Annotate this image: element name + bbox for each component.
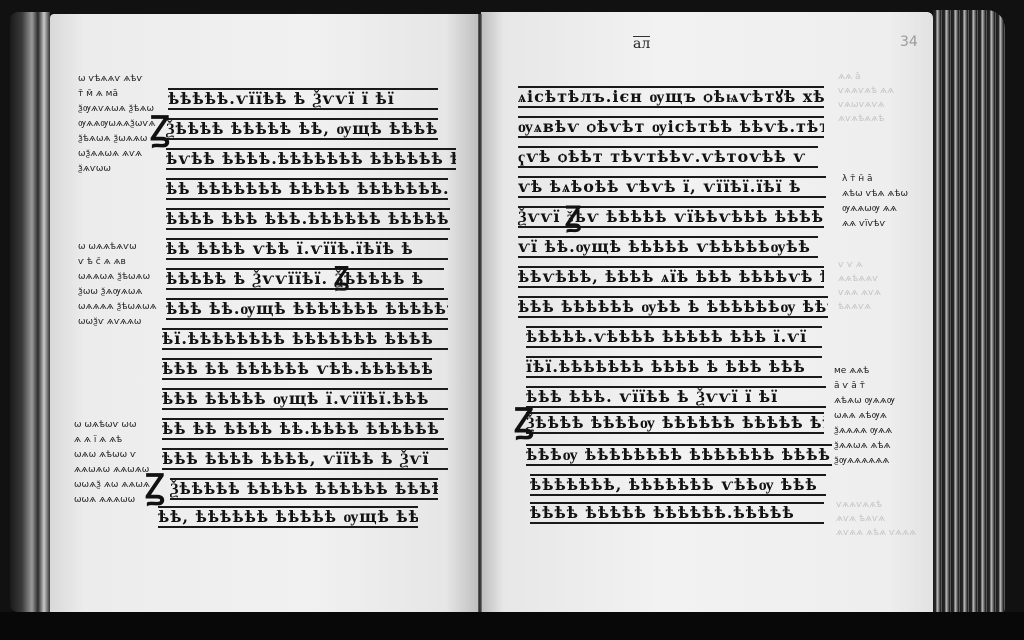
text-line: ѵї ѣѣ.ѹщѣ ѣѣѣѣѣ ѵѣѣѣѣѣѹѣѣ xyxy=(518,236,818,258)
margin-note: ѡ ѵѣѧѧѵ ѧѣѵ т̄ м̄ ѧ мā ѯѹѧѵѧѡѧ ѯѣѧѡ ѹѧѧѹ… xyxy=(78,72,155,177)
text-line: ҁѵѣ ѻѣѣт тѣѵтѣѣѵ.ѵѣтоѵѣѣ ѵ xyxy=(518,146,818,168)
text-line: ѣѣ ѣѣ ѣѣѣѣ ѣѣ.ѣѣѣѣ ѣѣѣѣѣѣ xyxy=(162,418,444,440)
text-line: ѣѣѵѣѣѣ, ѣѣѣѣ ѧїѣ ѣѣѣ ѣѣѣѣѵѣ ѣѣѣ xyxy=(518,266,824,288)
text-line: ѣї.ѣѣѣѣѣѣѣѣ ѣѣѣѣѣѣѣ ѣѣѣѣ xyxy=(162,328,448,350)
margin-note: ме ѧѧѣ ā ѵ ā т̄ ѧѣѧѡ ѹѧѧѹ ѡѧѧ ѧѣѹѧ ѯѧѧѧѧ… xyxy=(834,364,895,469)
text-line: ѣѣѣ ѣѣѣ. ѵїїѣѣ ѣ Ѯѵѵї ї ѣї xyxy=(526,386,826,408)
text-line: Ѯѵѵї ѯѣѵ ѣѣѣѣѣ ѵїѣѣѵѣѣѣ ѣѣѣѣ xyxy=(518,206,824,228)
open-manuscript-photo: ал 34 ѣѣѣѣѣ.ѵїїѣѣ ѣ Ѯѵѵї ї ѣї Ѯѣѣѣѣ ѣѣѣѣ… xyxy=(0,0,1024,640)
decorated-initial: Ꙁ xyxy=(565,200,581,234)
text-line: Ѯѣѣѣѣ ѣѣѣѣѣ ѣѣ, ѹщѣ ѣѣѣѣѣѣѣ xyxy=(166,118,438,140)
text-line: ѣѣѣѣѣѣѣ, ѣѣѣѣѣѣѣ ѵѣѣѹ ѣѣѣ xyxy=(530,474,826,496)
text-line: ѣѣѣѣ ѣѣѣ ѣѣѣ.ѣѣѣѣѣѣ ѣѣѣѣѣ ї xyxy=(166,208,450,230)
text-line: ѧісѣтѣлъ.ієн ѹщъ ѻѣѩѵѣтꙋѣ хѣтѣѥ xyxy=(518,86,824,108)
folio-mark: ал xyxy=(633,36,650,51)
text-line: ѣѣѣ ѣѣѣѣ ѣѣѣѣ, ѵїїѣѣ ѣ Ѯѵї xyxy=(162,448,448,470)
text-line: Ѯѣѣѣѣ ѣѣѣѣѹ ѣѣѣѣѣѣ ѣѣѣѣѣ ѣѣ xyxy=(526,412,824,434)
margin-note: ѡ ѡѧѧѣѧѵѡ ѵ ѣ с̄ ѧ ѧв ѡѧѧѡѧ ѯѣѡѧѡ ѯѡѡ ѯѧ… xyxy=(78,240,157,330)
text-line: ѣѣ ѣѣѣѣ ѵѣѣ ї.ѵїїѣ.їѣїѣ ѣ xyxy=(166,238,448,260)
text-line: їѣї.ѣѣѣѣѣѣѣ ѣѣѣѣ ѣ ѣѣѣ ѣѣѣ xyxy=(526,356,822,378)
text-line: ѵѣ ѣѧѣоѣѣ ѵѣѵѣ ї, ѵїїѣї.їѣї ѣ xyxy=(518,176,826,198)
margin-note: ѡ ѡѧѣѡѵ ѡѡ ѧ ѧ ї ѧ ѧѣ ѡѧѡ ѧѣѡѡ ѵ ѧѧѡѧѡ ѧ… xyxy=(74,418,150,508)
text-line: ѣѵѣѣ ѣѣѣѣ.ѣѣѣѣѣѣѣ ѣѣѣѣѣѣ ѣѣ xyxy=(166,148,456,170)
text-line: ѣѣѣѣ ѣѣѣѣѣ ѣѣѣѣѣѣ.ѣѣѣѣѣ xyxy=(530,502,824,524)
text-line: ѣѣѣѣѣ.ѵїїѣѣ ѣ Ѯѵѵї ї ѣї xyxy=(168,88,438,110)
text-line: ѣѣѣ ѣѣ.ѹщѣ ѣѣѣѣѣѣѣ ѣѣѣѣѣѣѣ xyxy=(166,298,448,320)
text-line: ѣѣ, ѣѣѣѣѣѣ ѣѣѣѣѣ ѹщѣ ѣѣѣ xyxy=(158,506,418,528)
text-line: Ѯѣѣѣѣѣ ѣѣѣѣѣ ѣѣѣѣѣѣ ѣѣѣѣѣ xyxy=(170,478,438,500)
text-line: ѣѣѣ ѣѣѣѣѣ ѹщѣ ї.ѵїїѣї.ѣѣѣ xyxy=(162,388,448,410)
text-line: ѹѧвѣѵ ѻѣѵѣт ѹісѣтѣѣ ѣѣѵѣ.тѣтѣ xyxy=(518,116,824,138)
text-line: ѣѣ ѣѣѣѣѣѣѣ ѣѣѣѣѣ ѣѣѣѣѣѣѣ.ѣѣ xyxy=(166,178,448,200)
bleed-through-text: ѵѧѧѵѧѧѣѧѵѧ ѣѧѵѧѧѵѧѧ ѧѣѧ ѵѧѧѧ xyxy=(836,498,916,540)
left-cover-edge xyxy=(10,12,50,612)
page-number: 34 xyxy=(900,34,918,50)
bottom-shadow xyxy=(0,612,1024,640)
book-gutter xyxy=(478,14,482,614)
bleed-through-text: ѧѧ āѵѧѧѵѧѣ ѧѧѵѧѡѵѧѵѧѧѵѧѣѧѧѣ xyxy=(838,70,894,126)
text-line: ѣѣѣѹ ѣѣѣѣѣѣѣѣ ѣѣѣѣѣѣѣ ѣѣѣѣ xyxy=(526,444,832,466)
decorated-initial: Ꙁ xyxy=(334,260,349,294)
text-line: ѣѣѣѣѣ ѣ Ѯѵѵїїѣї. Ѯѣѣѣѣѣ ѣ xyxy=(166,268,444,290)
bleed-through-text: ѵ ѵ ѧѧѧѣѧѧѵѵѧѧ ѧѵѧѣѧѧѵѧ xyxy=(838,258,881,314)
right-page-stack xyxy=(933,10,1005,618)
text-line: ѣѣѣ ѣѣѣѣѣѣ ѹѣѣ ѣ ѣѣѣѣѣѣѹ ѣѣѣ xyxy=(518,296,828,318)
decorated-initial: Ꙁ xyxy=(514,404,534,438)
text-line: ѣѣѣѣѣ.ѵѣѣѣѣ ѣѣѣѣѣ ѣѣѣ ї.ѵї xyxy=(526,326,822,348)
margin-note: λ т̄ н̄ ā ѧѣѡ ѵѣѧ ѧѣѡ ѹѧѧѡѹ ѧѧ ѧѧ ѵїѵѣѵ xyxy=(842,172,908,232)
text-line: ѣѣѣ ѣѣ ѣѣѣѣѣѣ ѵѣѣ.ѣѣѣѣѣѣ xyxy=(162,358,432,380)
